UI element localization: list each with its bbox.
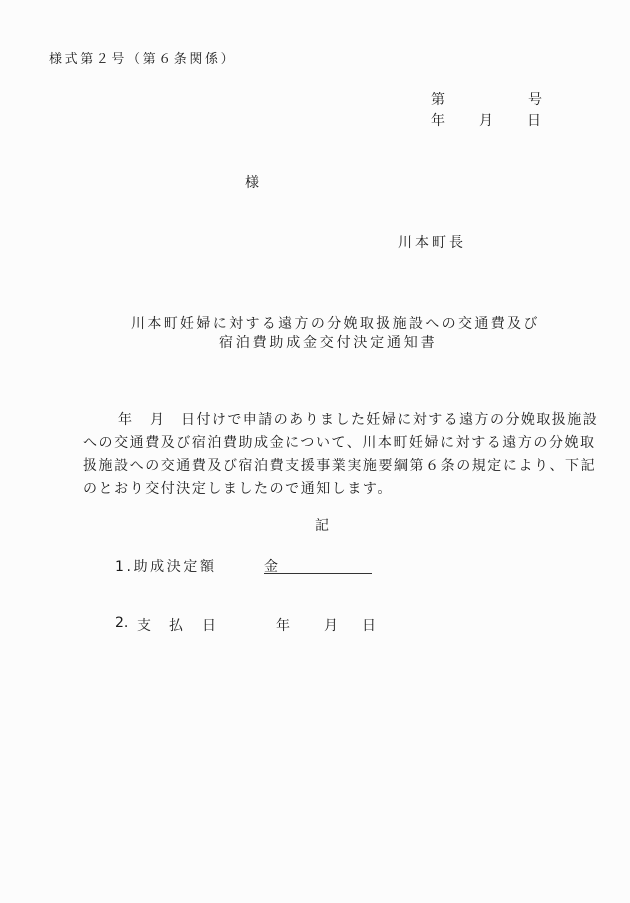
number-prefix: 第 (431, 89, 445, 109)
body-line-3: のとおり交付決定しましたので通知します。 (83, 478, 393, 498)
date-year: 年 (431, 110, 445, 130)
form-label: 様式第２号（第６条関係） (49, 48, 236, 67)
item-1-label: 1.助成決定額 (115, 556, 217, 576)
payment-month: 月 (324, 615, 338, 635)
recipient-honorific: 様 (245, 172, 259, 192)
body-line-1: への交通費及び宿泊費助成金について、川本町妊婦に対する遠方の分娩取 (83, 432, 596, 452)
item-2-label-part-1: 支 (137, 615, 151, 635)
ki-heading: 記 (315, 515, 329, 535)
date-day: 日 (527, 110, 541, 130)
grant-amount-prefix: 金 (264, 559, 278, 575)
body-year: 年 (118, 409, 134, 429)
sender-name: 川本町長 (398, 232, 466, 252)
item-1-text: 助成決定額 (134, 559, 217, 575)
body-line-2: 扱施設への交通費及び宿泊費支援事業実施要綱第６条の規定により、下記 (83, 455, 596, 475)
item-2-label-part-3: 日 (202, 615, 216, 635)
title-line-2-text: 宿泊費助成金交付決定通知書 (219, 332, 437, 352)
title-line-1-text: 川本町妊婦に対する遠方の分娩取扱施設への交通費及び (131, 313, 540, 333)
body-month: 月 (150, 409, 166, 429)
number-suffix: 号 (528, 89, 542, 109)
grant-amount-field: 金 (264, 556, 372, 574)
body-line-0-text: 日付けで申請のありました妊婦に対する遠方の分娩取扱施設 (181, 409, 598, 429)
payment-year: 年 (276, 615, 290, 635)
item-1-number: 1. (115, 559, 134, 575)
date-month: 月 (479, 110, 493, 130)
payment-day: 日 (362, 615, 376, 635)
item-2-number: 2. (115, 615, 128, 631)
item-2-label-part-2: 払 (169, 615, 183, 635)
